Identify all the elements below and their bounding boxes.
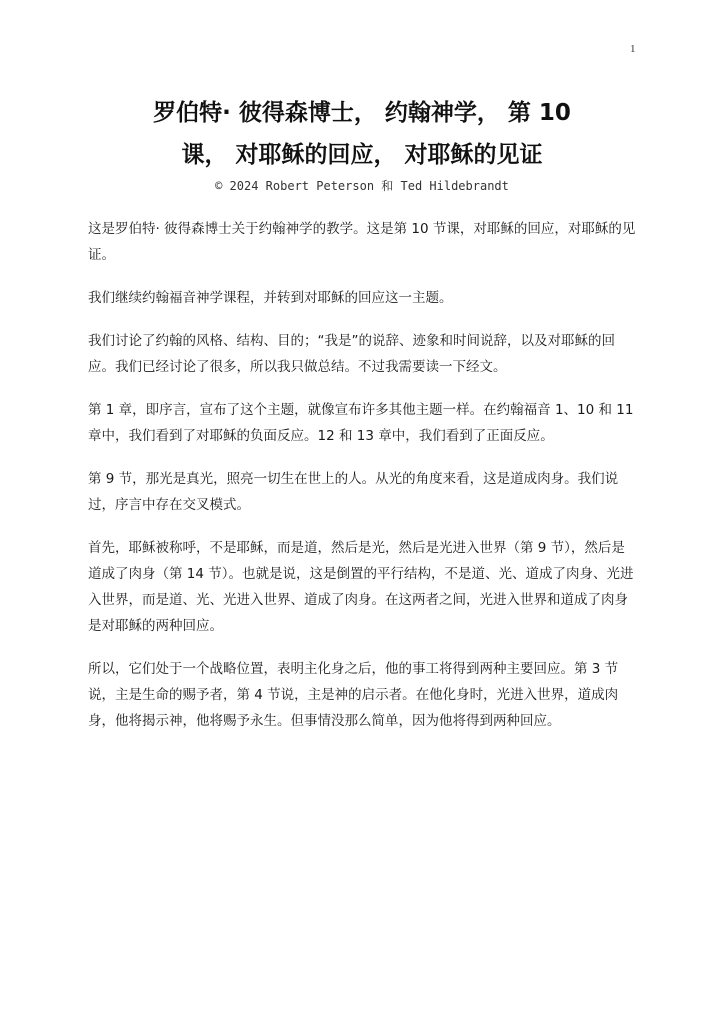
paragraph: 所以，它们处于一个战略位置，表明主化身之后，他的事工将得到两种主要回应。第 3 … — [88, 656, 638, 734]
title-line-1: 罗伯特· 彼得森博士， 约翰神学， 第 10 — [0, 92, 724, 134]
paragraph: 我们讨论了约翰的风格、结构、目的；“我是”的说辞、迹象和时间说辞，以及对耶稣的回… — [88, 328, 638, 380]
paragraph: 首先，耶稣被称呼，不是耶稣，而是道，然后是光，然后是光进入世界（第 9 节），然… — [88, 535, 638, 639]
paragraph: 我们继续约翰福音神学课程，并转到对耶稣的回应这一主题。 — [88, 285, 638, 311]
paragraph: 这是罗伯特· 彼得森博士关于约翰神学的教学。这是第 10 节课，对耶稣的回应，对… — [88, 216, 638, 268]
paragraph: 第 1 章，即序言，宣布了这个主题，就像宣布许多其他主题一样。在约翰福音 1、1… — [88, 397, 638, 449]
paragraph: 第 9 节，那光是真光，照亮一切生在世上的人。从光的角度来看，这是道成肉身。我们… — [88, 466, 638, 518]
title-line-2: 课， 对耶稣的回应， 对耶稣的见证 — [0, 134, 724, 176]
copyright-notice: © 2024 Robert Peterson 和 Ted Hildebrandt — [0, 177, 724, 194]
document-body: 这是罗伯特· 彼得森博士关于约翰神学的教学。这是第 10 节课，对耶稣的回应，对… — [88, 216, 638, 751]
document-title: 罗伯特· 彼得森博士， 约翰神学， 第 10 课， 对耶稣的回应， 对耶稣的见证 — [0, 92, 724, 176]
page-number: 1 — [630, 43, 636, 55]
